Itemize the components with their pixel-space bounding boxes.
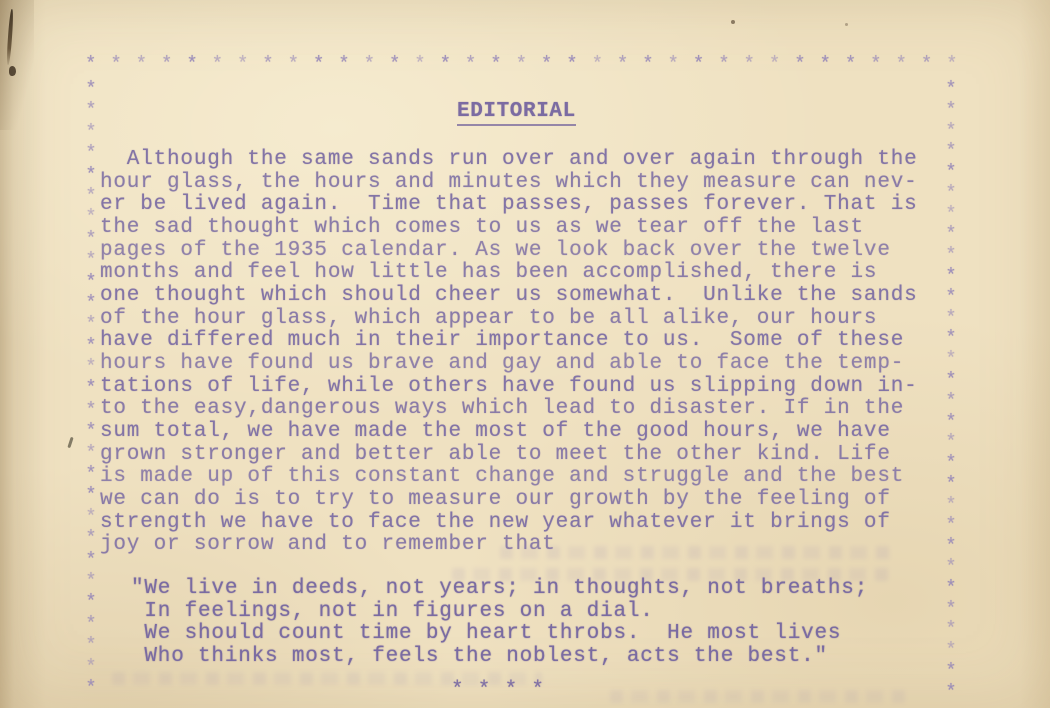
ink-speck <box>731 20 735 24</box>
bleed-through-text <box>500 546 895 559</box>
pencil-mark <box>67 437 73 448</box>
poem-quote: "We live in deeds, not years; in thought… <box>131 578 868 668</box>
bleed-through-text <box>610 690 910 703</box>
ink-speck <box>845 23 848 26</box>
asterisk-border-top: *********************************** <box>85 55 958 73</box>
scanned-typewritten-page: *********************************** ****… <box>0 0 1050 708</box>
bleed-through-text <box>452 568 892 581</box>
page-title: EDITORIAL <box>457 100 576 126</box>
editorial-paragraph: Although the same sands run over and ove… <box>100 149 918 557</box>
paper-tear-mark <box>9 66 16 76</box>
asterisk-border-left: ***************************** <box>83 80 99 698</box>
asterisk-border-right: ****************************** <box>943 80 959 702</box>
bleed-through-text <box>112 672 542 685</box>
corner-shadow <box>0 0 34 130</box>
